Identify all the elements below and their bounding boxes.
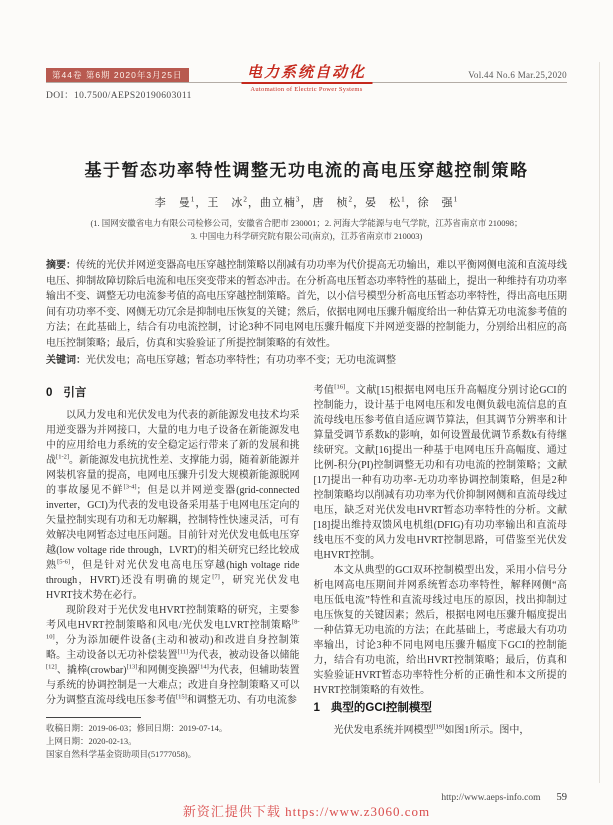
journal-url: http://www.aeps-info.com xyxy=(441,793,540,803)
issue-info-badge: 第44卷 第6期 2020年3月25日 xyxy=(46,68,189,82)
paper-title: 基于暂态功率特性调整无功电流的高电压穿越控制策略 xyxy=(46,156,567,181)
volume-info: Vol.44 No.6 Mar.25,2020 xyxy=(468,70,567,80)
section-title: 典型的GCI控制模型 xyxy=(331,702,432,714)
section-heading-1: 1典型的GCI控制模型 xyxy=(314,701,568,716)
online-date: 上网日期：2020-02-13。 xyxy=(46,735,300,748)
paragraph: 光伏发电系统并网模型[19]如图1所示。图中， xyxy=(314,723,568,738)
paragraph: 本文从典型的GCI双环控制模型出发，采用小信号分析电网高电压期间并网系统暂态功率… xyxy=(314,563,568,698)
page-number: 59 xyxy=(557,792,568,803)
right-column: 考值[16]。文献[15]根据电网电压升高幅度分别讨论GCI的控制能力，设计基于… xyxy=(314,383,568,761)
abstract-text: 传统的光伏并网逆变器高电压穿越控制策略以削减有功功率为代价提高无功输出，难以平衡… xyxy=(46,260,567,349)
journal-name-cn: 电力系统自动化 xyxy=(241,63,372,84)
scan-edge-line xyxy=(599,62,600,783)
journal-page: 第44卷 第6期 2020年3月25日 DOI：10.7500/AEPS2019… xyxy=(0,0,613,825)
paragraph: 考值[16]。文献[15]根据电网电压升高幅度分别讨论GCI的控制能力，设计基于… xyxy=(314,383,568,563)
left-column: 0引言 以风力发电和光伏发电为代表的新能源发电技术均采用逆变器为并网接口，大量的… xyxy=(46,383,300,761)
author-list: 李 曼1，王 冰2，曲立楠3，唐 桢2，晏 松1，徐 强1 xyxy=(46,194,567,210)
journal-logo: 电力系统自动化 Automation of Electric Power Sys… xyxy=(241,63,372,93)
paragraph: 现阶段对于光伏发电HVRT控制策略的研究，主要参考风电HVRT控制策略和风电/光… xyxy=(46,603,300,708)
page-header: 第44卷 第6期 2020年3月25日 DOI：10.7500/AEPS2019… xyxy=(46,66,567,110)
download-watermark: 新资汇提供下载 https://www.z3060.com xyxy=(183,801,430,820)
journal-name-en: Automation of Electric Power Systems xyxy=(241,86,372,93)
affiliations: (1. 国网安徽省电力有限公司检修公司，安徽省合肥市 230001；2. 河海大… xyxy=(30,217,583,243)
abstract-block: 摘要：传统的光伏并网逆变器高电压穿越控制策略以削减有功功率为代价提高无功输出，难… xyxy=(46,258,567,351)
section-number: 1 xyxy=(314,702,320,714)
keywords-text: 光伏发电；高电压穿越；暂态功率特性；有功功率不变；无功电流调整 xyxy=(86,355,396,366)
body-columns: 0引言 以风力发电和光伏发电为代表的新能源发电技术均采用逆变器为并网接口，大量的… xyxy=(46,383,567,761)
funding-note: 国家自然科学基金资助项目(51777058)。 xyxy=(46,748,300,761)
section-number: 0 xyxy=(46,387,52,399)
affiliation-line: (1. 国网安徽省电力有限公司检修公司，安徽省合肥市 230001；2. 河海大… xyxy=(30,217,583,230)
keywords-block: 关键词：光伏发电；高电压穿越；暂态功率特性；有功功率不变；无功电流调整 xyxy=(46,353,567,369)
section-title: 引言 xyxy=(63,387,86,399)
page-footer: http://www.aeps-info.com 59 xyxy=(441,792,567,803)
section-heading-0: 0引言 xyxy=(46,386,300,401)
affiliation-line: 3. 中国电力科学研究院有限公司(南京)，江苏省南京市 210003) xyxy=(30,230,583,243)
keywords-label: 关键词： xyxy=(46,355,86,366)
abstract-label: 摘要： xyxy=(46,260,76,271)
doi-text: DOI：10.7500/AEPS20190603011 xyxy=(46,87,192,101)
footnote-block: 收稿日期：2019-06-03；修回日期：2019-07-14。 上网日期：20… xyxy=(46,717,300,761)
received-date: 收稿日期：2019-06-03；修回日期：2019-07-14。 xyxy=(46,722,300,735)
footnote-divider xyxy=(46,717,141,718)
paragraph: 以风力发电和光伏发电为代表的新能源发电技术均采用逆变器为并网接口，大量的电力电子… xyxy=(46,408,300,603)
